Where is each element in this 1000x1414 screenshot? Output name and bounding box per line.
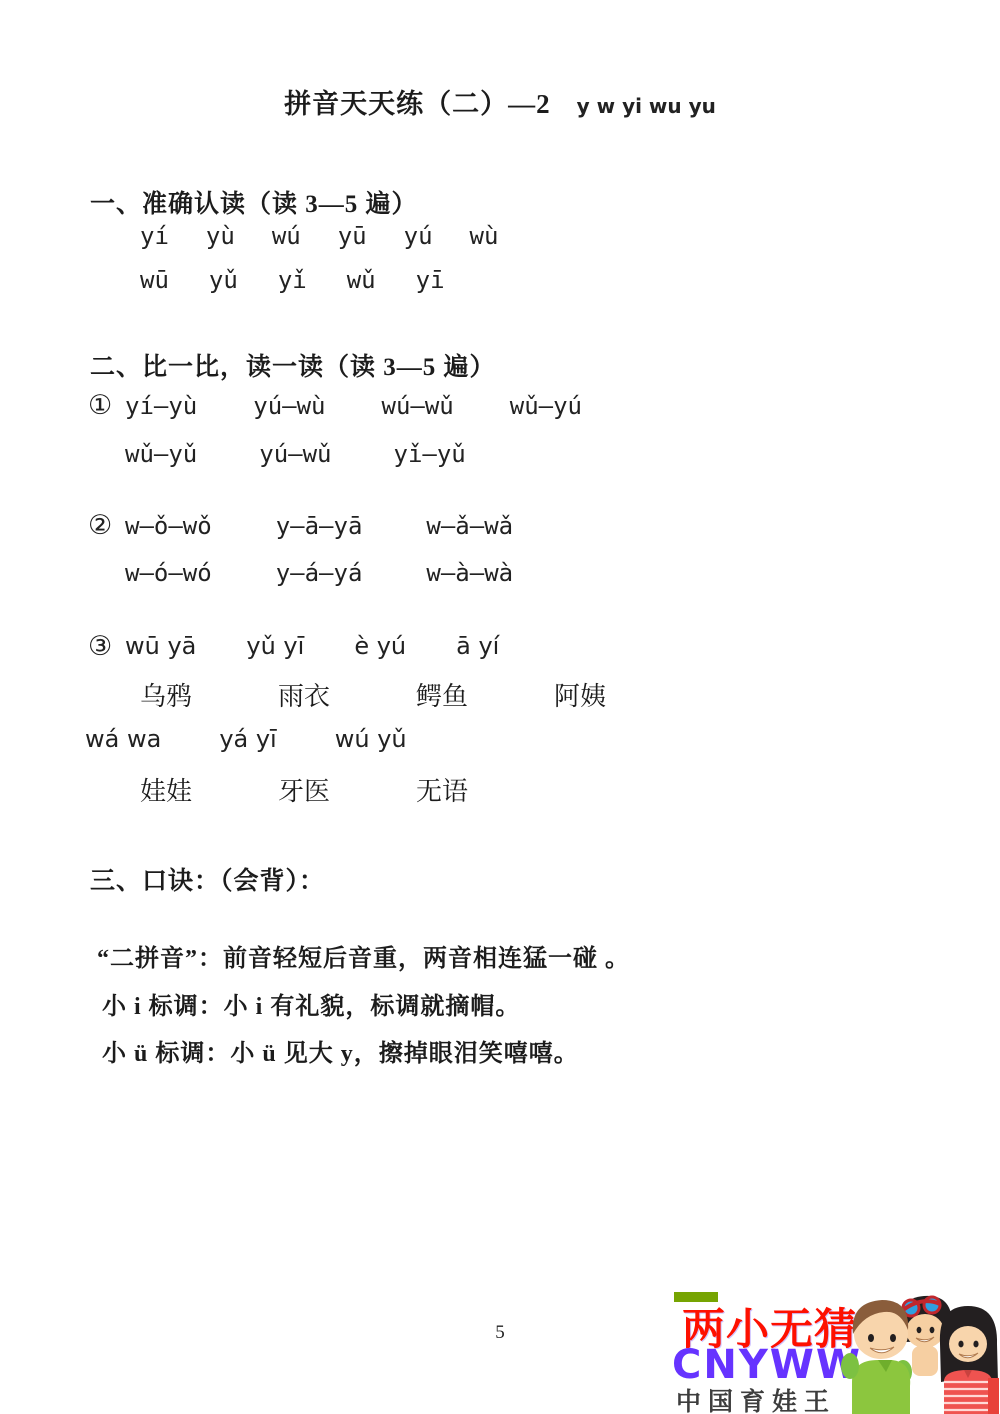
pinyin-syllable: wū [140, 266, 169, 294]
chinese-word: 无语 [416, 771, 468, 808]
brand-logo: 两小无猜 CNYWW 中国育娃王 [652, 1286, 1000, 1414]
item1-number: ① [88, 390, 112, 421]
pinyin-pair: yú—wǔ [259, 440, 331, 468]
chinese-word: 鳄鱼 [416, 676, 468, 713]
pinyin-syllable: yǔ [209, 266, 238, 294]
pinyin-syllable: wù [470, 222, 499, 250]
logo-red-bar [988, 1378, 999, 1414]
pinyin-pair: yí—yù [125, 392, 197, 420]
item1-row2: wǔ—yǔ yú—wǔ yǐ—yǔ [125, 440, 466, 468]
pinyin-syllable: wǔ [347, 266, 376, 294]
item3-words-row2: 娃娃 牙医 无语 [140, 771, 468, 808]
pinyin-word: wū yā [125, 632, 196, 660]
item1-row1: yí—yù yú—wù wú—wǔ wǔ—yú [125, 392, 582, 420]
section3-heading: 三、口诀：（会背）： [90, 861, 325, 897]
pinyin-pair: wǔ—yú [510, 392, 582, 420]
pinyin-pair: wú—wǔ [382, 392, 454, 420]
item2-row1: w–ǒ–wǒ y–ā–yā w–ǎ–wǎ [125, 512, 513, 540]
chinese-word: 乌鸦 [140, 676, 192, 713]
pinyin-word: è yú [354, 632, 406, 660]
section2-heading: 二、比一比，读一读（读 3—5 遍） [90, 347, 496, 383]
pinyin-syllable: yí [140, 222, 169, 250]
chinese-word: 娃娃 [140, 771, 192, 808]
pinyin-word: yǔ yī [246, 632, 304, 660]
pinyin-pair: yǐ—yǔ [394, 440, 466, 468]
rhyme-line-2: 小 i 标调：小 i 有礼貌，标调就摘帽。 [102, 986, 520, 1021]
pinyin-syllable: yī [416, 266, 445, 294]
pinyin-spell: y–ā–yā [276, 512, 363, 540]
pinyin-word: wú yǔ [335, 725, 407, 753]
pinyin-spell: w–ǒ–wǒ [125, 512, 212, 540]
pinyin-pair: wǔ—yǔ [125, 440, 197, 468]
pinyin-pair: yú—wù [253, 392, 325, 420]
item3-pinyin-row2: wá wa yá yī wú yǔ [85, 725, 407, 753]
item3-pinyin-row1: wū yā yǔ yī è yú ā yí [125, 632, 499, 660]
item2-number: ② [88, 510, 112, 541]
pinyin-spell: w–ó–wó [125, 559, 212, 587]
logo-brand-tagline: 中国育娃王 [676, 1382, 836, 1414]
section1-row2: wū yǔ yǐ wǔ yī [140, 266, 445, 294]
title-sub: y w yi wu yu [577, 94, 716, 118]
pinyin-spell: w–ǎ–wǎ [426, 512, 513, 540]
rhyme-line-3: 小 ü 标调：小 ü 见大 y，擦掉眼泪笑嘻嘻。 [102, 1033, 579, 1068]
rhyme-line-1: “二拼音”：前音轻短后音重，两音相连猛一碰 。 [97, 938, 630, 973]
item3-number: ③ [88, 631, 112, 662]
section1-heading: 一、准确认读（读 3—5 遍） [90, 184, 418, 220]
pinyin-syllable: yù [206, 222, 235, 250]
worksheet-page: 拼音天天练（二）—2y w yi wu yu 一、准确认读（读 3—5 遍） y… [0, 0, 1000, 1414]
pinyin-spell: y–á–yá [276, 559, 363, 587]
pinyin-syllable: yū [338, 222, 367, 250]
chinese-word: 雨衣 [278, 676, 330, 713]
pinyin-word: wá wa [85, 725, 161, 753]
cartoon-children-icon [840, 1286, 1000, 1414]
pinyin-word: ā yí [456, 632, 499, 660]
pinyin-spell: w–à–wà [426, 559, 513, 587]
pinyin-syllable: yǐ [278, 266, 307, 294]
title-main: 拼音天天练（二）—2 [284, 89, 551, 119]
green-shirt-boy-icon [841, 1300, 910, 1414]
chinese-word: 牙医 [278, 771, 330, 808]
chinese-word: 阿姨 [554, 676, 606, 713]
pinyin-syllable: yú [404, 222, 433, 250]
pinyin-word: yá yī [219, 725, 276, 753]
section1-row1: yí yù wú yū yú wù [140, 222, 498, 250]
item2-row2: w–ó–wó y–á–yá w–à–wà [125, 559, 513, 587]
item3-words-row1: 乌鸦 雨衣 鳄鱼 阿姨 [140, 676, 606, 713]
page-title: 拼音天天练（二）—2y w yi wu yu [0, 82, 1000, 121]
pinyin-syllable: wú [272, 222, 301, 250]
